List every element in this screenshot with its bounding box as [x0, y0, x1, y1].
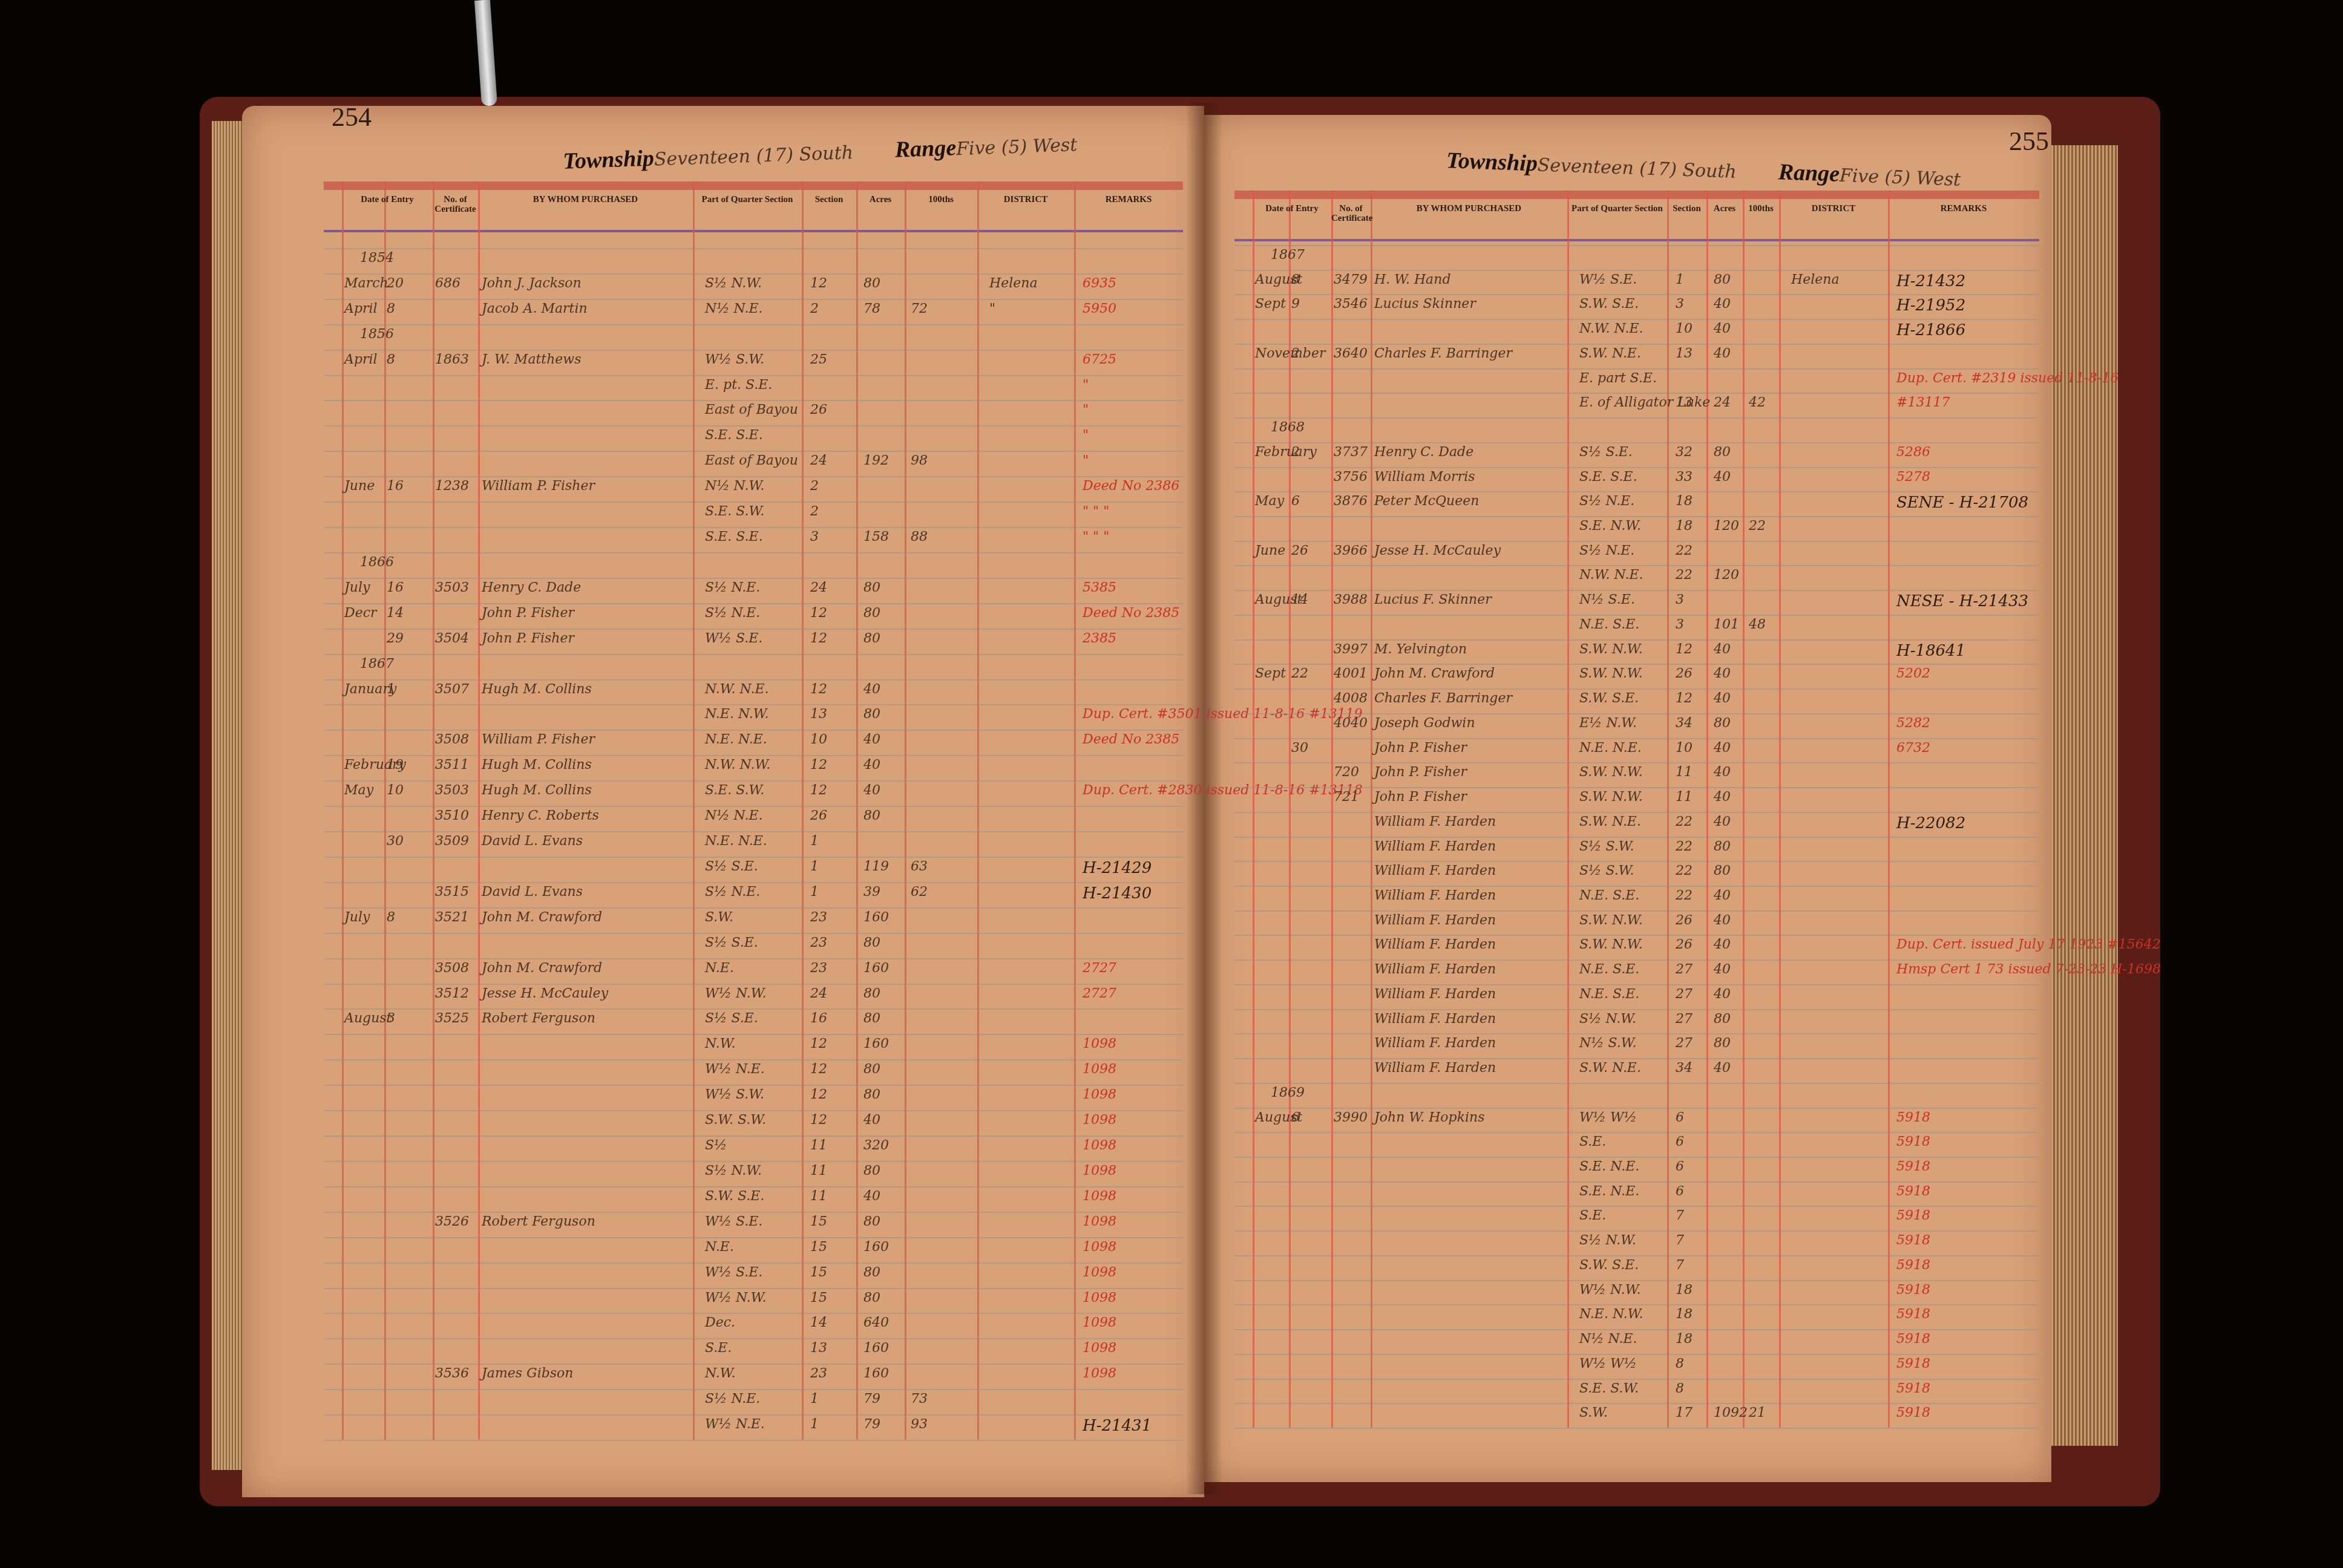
section-number: 1	[810, 834, 819, 849]
row-rule	[1234, 467, 2039, 468]
purchaser-name: Henry C. Dade	[482, 580, 581, 595]
section-number: 15	[810, 1290, 827, 1305]
column-header: BY WHOM PURCHASED	[1371, 204, 1567, 214]
certificate-number: 3997	[1334, 642, 1368, 657]
row-rule	[1234, 639, 2039, 641]
section-number: 22	[1676, 567, 1693, 583]
certificate-number: 3503	[435, 580, 469, 595]
certificate-number: 3756	[1334, 469, 1368, 485]
remarks: 1098	[1083, 1138, 1116, 1153]
row-rule	[324, 958, 1183, 959]
certificate-number: 3546	[1334, 296, 1368, 312]
row-rule	[324, 552, 1183, 554]
quarter-section: W½ S.W.	[705, 1087, 764, 1102]
remarks: 5918	[1896, 1405, 1930, 1420]
row-rule	[324, 1135, 1183, 1137]
hundredths: 22	[1749, 518, 1766, 534]
quarter-section: S.E. N.E.	[1579, 1159, 1639, 1174]
row-rule	[324, 933, 1183, 934]
quarter-section: East of Bayou	[705, 453, 798, 468]
row-rule	[1234, 516, 2039, 517]
row-rule	[324, 1161, 1183, 1162]
remarks: 5282	[1896, 716, 1930, 731]
entry-day: 30	[1291, 740, 1308, 756]
row-rule	[1234, 417, 2039, 419]
quarter-section: S.W. S.W.	[705, 1112, 766, 1128]
acres: 80	[863, 1290, 880, 1305]
entry-day: 8	[387, 910, 395, 925]
quarter-section: N.W.	[705, 1036, 736, 1051]
remarks: NESE - H-21433	[1896, 592, 2028, 610]
remarks: " " "	[1083, 529, 1109, 544]
certificate-number: 3990	[1334, 1110, 1368, 1125]
section-number: 13	[810, 1341, 827, 1356]
purchaser-name: John P. Fisher	[1374, 789, 1467, 805]
purchaser-name: Hugh M. Collins	[482, 783, 592, 798]
entry-day: 22	[1291, 666, 1308, 681]
row-rule	[324, 299, 1183, 300]
entry-month: April	[344, 352, 378, 367]
column-rule	[693, 181, 695, 1440]
column-header: Acres	[856, 195, 905, 204]
row-rule	[1234, 738, 2039, 739]
acres: 40	[863, 1189, 880, 1204]
acres: 78	[863, 301, 880, 316]
section-number: 3	[810, 529, 819, 544]
purchaser-name: David L. Evans	[482, 834, 583, 849]
remarks: "	[1083, 428, 1089, 443]
column-rule	[1743, 191, 1745, 1428]
quarter-section: N½ N.E.	[705, 808, 762, 823]
quarter-section: S.E.	[1579, 1208, 1606, 1223]
remarks: 2727	[1083, 986, 1116, 1001]
quarter-section: N.E. S.E.	[1579, 962, 1639, 977]
quarter-section: Dec.	[705, 1315, 735, 1330]
section-number: 1	[810, 1391, 819, 1406]
column-rule	[1371, 191, 1372, 1428]
purchaser-name: William F. Harden	[1374, 839, 1496, 854]
entry-day: 6	[1291, 1110, 1300, 1125]
acres: 40	[863, 732, 880, 747]
quarter-section: N.E. N.E.	[705, 732, 767, 747]
remarks: 5385	[1083, 580, 1116, 595]
township-label: Township	[563, 146, 655, 174]
quarter-section: S½ S.E.	[705, 859, 758, 874]
township-label: Township	[1446, 148, 1538, 176]
column-header: Part of Quarter Section	[693, 195, 802, 204]
section-number: 33	[1676, 469, 1693, 485]
section-number: 12	[810, 757, 827, 773]
column-header: REMARKS	[1888, 204, 2039, 214]
quarter-section: S½ N.E.	[705, 884, 760, 900]
entry-day: 14	[387, 606, 404, 621]
column-rule	[856, 181, 858, 1440]
section-number: 12	[810, 682, 827, 697]
acres: 40	[1714, 789, 1731, 805]
section-number: 22	[1676, 863, 1693, 878]
row-rule	[1234, 1379, 2039, 1380]
purchaser-name: William F. Harden	[1374, 1060, 1496, 1076]
remarks: 5278	[1896, 469, 1930, 485]
quarter-section: S½ N.W.	[1579, 1011, 1636, 1027]
section-number: 2	[810, 504, 819, 519]
certificate-number: 3526	[435, 1214, 469, 1229]
quarter-section: S.W.	[705, 910, 733, 925]
remarks: 5918	[1896, 1134, 1930, 1149]
row-rule	[1234, 959, 2039, 961]
row-rule	[1234, 688, 2039, 690]
entry-day: 26	[1291, 543, 1308, 558]
quarter-section: N.W. N.E.	[1579, 321, 1643, 336]
remarks: 1098	[1083, 1265, 1116, 1280]
range-label: Range	[1778, 159, 1840, 187]
section-number: 8	[1676, 1356, 1684, 1371]
row-rule	[324, 1034, 1183, 1035]
purchaser-name: William Morris	[1374, 469, 1475, 485]
section-number: 13	[1676, 395, 1693, 410]
certificate-number: 3512	[435, 986, 469, 1001]
section-number: 3	[1676, 617, 1684, 632]
hundredths: 72	[911, 301, 928, 316]
entry-month: July	[344, 910, 370, 925]
row-rule	[324, 1288, 1183, 1289]
acres: 158	[863, 529, 889, 544]
column-header: REMARKS	[1074, 195, 1183, 204]
remarks: H-21432	[1896, 272, 1965, 290]
remarks: 5286	[1896, 445, 1930, 460]
section-number: 1	[810, 859, 819, 874]
section-number: 23	[810, 910, 827, 925]
quarter-section: S½ N.E.	[705, 606, 760, 621]
certificate-number: 4040	[1334, 716, 1368, 731]
section-number: 18	[1676, 494, 1693, 509]
row-rule	[1234, 762, 2039, 763]
quarter-section: S.W. S.E.	[705, 1189, 764, 1204]
entry-day: 9	[1291, 296, 1300, 312]
acres: 120	[1714, 518, 1739, 534]
quarter-section: S½ N.W.	[1579, 1233, 1636, 1248]
header-red-rule	[1234, 191, 2039, 199]
section-number: 11	[810, 1189, 827, 1204]
purchaser-name: H. W. Hand	[1374, 272, 1450, 287]
row-rule	[1234, 886, 2039, 887]
remarks: 1098	[1083, 1036, 1116, 1051]
quarter-section: N.E. S.E.	[1579, 987, 1639, 1002]
acres: 80	[1714, 839, 1731, 854]
quarter-section: S.W. N.W.	[1579, 913, 1643, 928]
acres: 119	[863, 859, 889, 874]
section-number: 14	[810, 1315, 827, 1330]
entry-year: 1867	[360, 656, 394, 671]
entry-month: Decr	[344, 606, 377, 621]
remarks: H-22082	[1896, 814, 1965, 832]
left-page-number: 254	[332, 102, 372, 132]
acres: 39	[863, 884, 880, 900]
acres: 160	[863, 1366, 889, 1381]
section-number: 12	[810, 1112, 827, 1128]
purchaser-name: Lucius F. Skinner	[1374, 592, 1492, 607]
column-header: Date of Entry	[342, 195, 433, 204]
acres: 80	[863, 580, 880, 595]
quarter-section: S.W. N.E.	[1579, 1060, 1641, 1076]
entry-month: June	[344, 479, 375, 494]
entry-month: March	[344, 276, 388, 291]
section-number: 27	[1676, 962, 1693, 977]
quarter-section: S.E. S.E.	[1579, 469, 1637, 485]
certificate-number: 3508	[435, 732, 469, 747]
purchaser-name: Charles F. Barringer	[1374, 346, 1512, 361]
acres: 80	[863, 1011, 880, 1026]
row-rule	[1234, 1354, 2039, 1355]
section-number: 2	[810, 479, 819, 494]
remarks: H-21866	[1896, 321, 1965, 339]
certificate-number: 686	[435, 276, 460, 291]
purchaser-name: Peter McQueen	[1374, 494, 1479, 509]
section-number: 27	[1676, 1011, 1693, 1027]
column-rule	[342, 181, 344, 1440]
row-rule	[324, 1364, 1183, 1365]
row-rule	[1234, 565, 2039, 566]
purchaser-name: William F. Harden	[1374, 937, 1496, 952]
quarter-section: East of Bayou	[705, 402, 798, 417]
row-rule	[324, 1110, 1183, 1111]
entry-year: 1869	[1271, 1085, 1305, 1100]
remarks: 1098	[1083, 1240, 1116, 1255]
row-rule	[1234, 1329, 2039, 1330]
column-header: Part of Quarter Section	[1567, 204, 1667, 214]
row-rule	[1234, 294, 2039, 295]
section-number: 18	[1676, 1282, 1693, 1298]
remarks: "	[1083, 377, 1089, 393]
section-number: 7	[1676, 1258, 1684, 1273]
row-rule	[324, 806, 1183, 807]
column-rule	[1567, 191, 1569, 1428]
quarter-section: W½ S.E.	[1579, 272, 1637, 287]
section-number: 7	[1676, 1208, 1684, 1223]
acres: 80	[863, 808, 880, 823]
purchaser-name: John M. Crawford	[482, 910, 602, 925]
quarter-section: N.E.	[705, 961, 734, 976]
column-rule	[384, 181, 386, 1440]
row-rule	[324, 654, 1183, 655]
row-rule	[1234, 1304, 2039, 1305]
remarks: Deed No 2385	[1083, 732, 1179, 747]
entry-day: 8	[387, 352, 395, 367]
certificate-number: 3507	[435, 682, 469, 697]
district: "	[989, 301, 995, 316]
quarter-section: S½ N.E.	[705, 1391, 760, 1406]
row-rule	[324, 451, 1183, 452]
purchaser-name: William F. Harden	[1374, 987, 1496, 1002]
purchaser-name: William F. Harden	[1374, 1011, 1496, 1027]
quarter-section: S.W. N.W.	[1579, 765, 1643, 780]
purchaser-name: Hugh M. Collins	[482, 682, 592, 697]
row-rule	[324, 1414, 1183, 1416]
acres: 40	[1714, 691, 1731, 706]
acres: 40	[1714, 666, 1731, 681]
quarter-section: W½ W½	[1579, 1110, 1637, 1125]
entry-day: 1	[387, 682, 395, 697]
row-rule	[1234, 910, 2039, 912]
quarter-section: S.E.	[705, 1341, 732, 1356]
hundredths: 88	[911, 529, 928, 544]
entry-day: 16	[387, 580, 404, 595]
row-rule	[1234, 812, 2039, 813]
section-number: 12	[810, 1036, 827, 1051]
remarks: 6935	[1083, 276, 1116, 291]
remarks: 5918	[1896, 1258, 1930, 1273]
purchaser-name: William F. Harden	[1374, 913, 1496, 928]
quarter-section: S½ S.E.	[705, 935, 758, 950]
acres: 79	[863, 1417, 880, 1432]
row-rule	[324, 578, 1183, 579]
purchaser-name: John J. Jackson	[482, 276, 582, 291]
row-rule	[1234, 442, 2039, 443]
section-number: 18	[1676, 1307, 1693, 1322]
section-number: 11	[810, 1163, 827, 1178]
quarter-section: S.E.	[1579, 1134, 1606, 1149]
certificate-number: 3737	[1334, 445, 1368, 460]
row-rule	[1234, 1157, 2039, 1158]
purchaser-name: William F. Harden	[1374, 814, 1496, 829]
quarter-section: S.E. S.W.	[1579, 1381, 1639, 1396]
row-rule	[324, 476, 1183, 477]
certificate-number: 720	[1334, 765, 1359, 780]
row-rule	[1234, 1083, 2039, 1084]
row-rule	[1234, 935, 2039, 936]
remarks: SENE - H-21708	[1896, 494, 2028, 512]
section-number: 23	[810, 935, 827, 950]
header-blue-rule	[1234, 239, 2039, 241]
row-rule	[1234, 1132, 2039, 1133]
acres: 80	[863, 631, 880, 646]
section-number: 26	[1676, 913, 1693, 928]
section-number: 3	[1676, 296, 1684, 312]
purchaser-name: Jesse H. McCauley	[482, 986, 608, 1001]
row-rule	[1234, 1181, 2039, 1183]
row-rule	[324, 1085, 1183, 1086]
entry-month: April	[344, 301, 378, 316]
purchaser-name: John W. Hopkins	[1374, 1110, 1485, 1125]
hundredths: 93	[911, 1417, 928, 1432]
remarks: 1098	[1083, 1163, 1116, 1178]
acres: 80	[863, 1087, 880, 1102]
quarter-section: N½ S.E.	[1579, 592, 1635, 607]
row-rule	[324, 375, 1183, 376]
acres: 79	[863, 1391, 880, 1406]
acres: 40	[1714, 296, 1731, 312]
remarks: 5918	[1896, 1307, 1930, 1322]
purchaser-name: William F. Harden	[1374, 888, 1496, 903]
row-rule	[1234, 787, 2039, 788]
remarks: 1098	[1083, 1087, 1116, 1102]
acres: 40	[1714, 346, 1731, 361]
row-rule	[1234, 541, 2039, 542]
row-rule	[1234, 1206, 2039, 1207]
section-number: 10	[1676, 740, 1693, 756]
quarter-section: S.E. N.E.	[1579, 1184, 1639, 1199]
row-rule	[324, 501, 1183, 503]
row-rule	[1234, 1108, 2039, 1109]
remarks: 5918	[1896, 1233, 1930, 1248]
column-rule	[905, 181, 906, 1440]
entry-month: August	[344, 1011, 392, 1026]
acres: 40	[863, 783, 880, 798]
quarter-section: S.E. S.W.	[705, 783, 764, 798]
column-rule	[1779, 191, 1781, 1428]
section-number: 13	[1676, 346, 1693, 361]
certificate-number: 4008	[1334, 691, 1368, 706]
entry-day: 30	[387, 834, 404, 849]
acres: 40	[1714, 642, 1731, 657]
certificate-number: 3536	[435, 1366, 469, 1381]
section-number: 34	[1676, 1060, 1693, 1076]
section-number: 25	[810, 352, 827, 367]
acres: 40	[1714, 469, 1731, 485]
remarks: 5918	[1896, 1356, 1930, 1371]
row-rule	[324, 248, 1183, 249]
column-header: 100ths	[1743, 204, 1779, 214]
row-rule	[1234, 368, 2039, 370]
purchaser-name: John M. Crawford	[482, 961, 602, 976]
section-number: 27	[1676, 987, 1693, 1002]
acres: 40	[863, 682, 880, 697]
column-rule	[1289, 191, 1291, 1428]
row-rule	[324, 1212, 1183, 1213]
purchaser-name: Henry C. Dade	[1374, 445, 1473, 460]
certificate-number: 4001	[1334, 666, 1368, 681]
entry-day: 8	[387, 301, 395, 316]
section-number: 12	[810, 783, 827, 798]
entry-month: February	[1255, 445, 1317, 460]
row-rule	[1234, 615, 2039, 616]
section-number: 1	[810, 884, 819, 900]
remarks: " " "	[1083, 504, 1109, 519]
certificate-number: 3509	[435, 834, 469, 849]
certificate-number: 3503	[435, 783, 469, 798]
remarks: "	[1083, 402, 1089, 417]
remarks: "	[1083, 453, 1089, 468]
column-header: DISTRICT	[1779, 204, 1888, 214]
purchaser-name: John P. Fisher	[482, 606, 574, 621]
remarks: H-21952	[1896, 296, 1965, 315]
section-number: 24	[810, 453, 827, 468]
remarks: H-21430	[1083, 884, 1152, 903]
acres: 40	[1714, 1060, 1731, 1076]
acres: 1092	[1714, 1405, 1748, 1420]
quarter-section: S½	[705, 1138, 727, 1153]
certificate-number: 3511	[435, 757, 469, 773]
row-rule	[324, 527, 1183, 528]
row-rule	[1234, 393, 2039, 394]
row-rule	[324, 1440, 1183, 1441]
quarter-section: N½ S.W.	[1579, 1036, 1637, 1051]
remarks: 6732	[1896, 740, 1930, 756]
section-number: 23	[810, 961, 827, 976]
acres: 40	[1714, 962, 1731, 977]
hundredths: 98	[911, 453, 928, 468]
acres: 80	[863, 1214, 880, 1229]
entry-month: Sept	[1255, 296, 1286, 312]
section-number: 23	[810, 1366, 827, 1381]
row-rule	[1234, 1403, 2039, 1404]
certificate-number: 3525	[435, 1011, 469, 1026]
quarter-section: S.W. S.E.	[1579, 691, 1639, 706]
quarter-section: E. pt. S.E.	[705, 377, 772, 393]
remarks: 2727	[1083, 961, 1116, 976]
entry-year: 1867	[1271, 247, 1305, 263]
quarter-section: W½ N.W.	[705, 1290, 767, 1305]
